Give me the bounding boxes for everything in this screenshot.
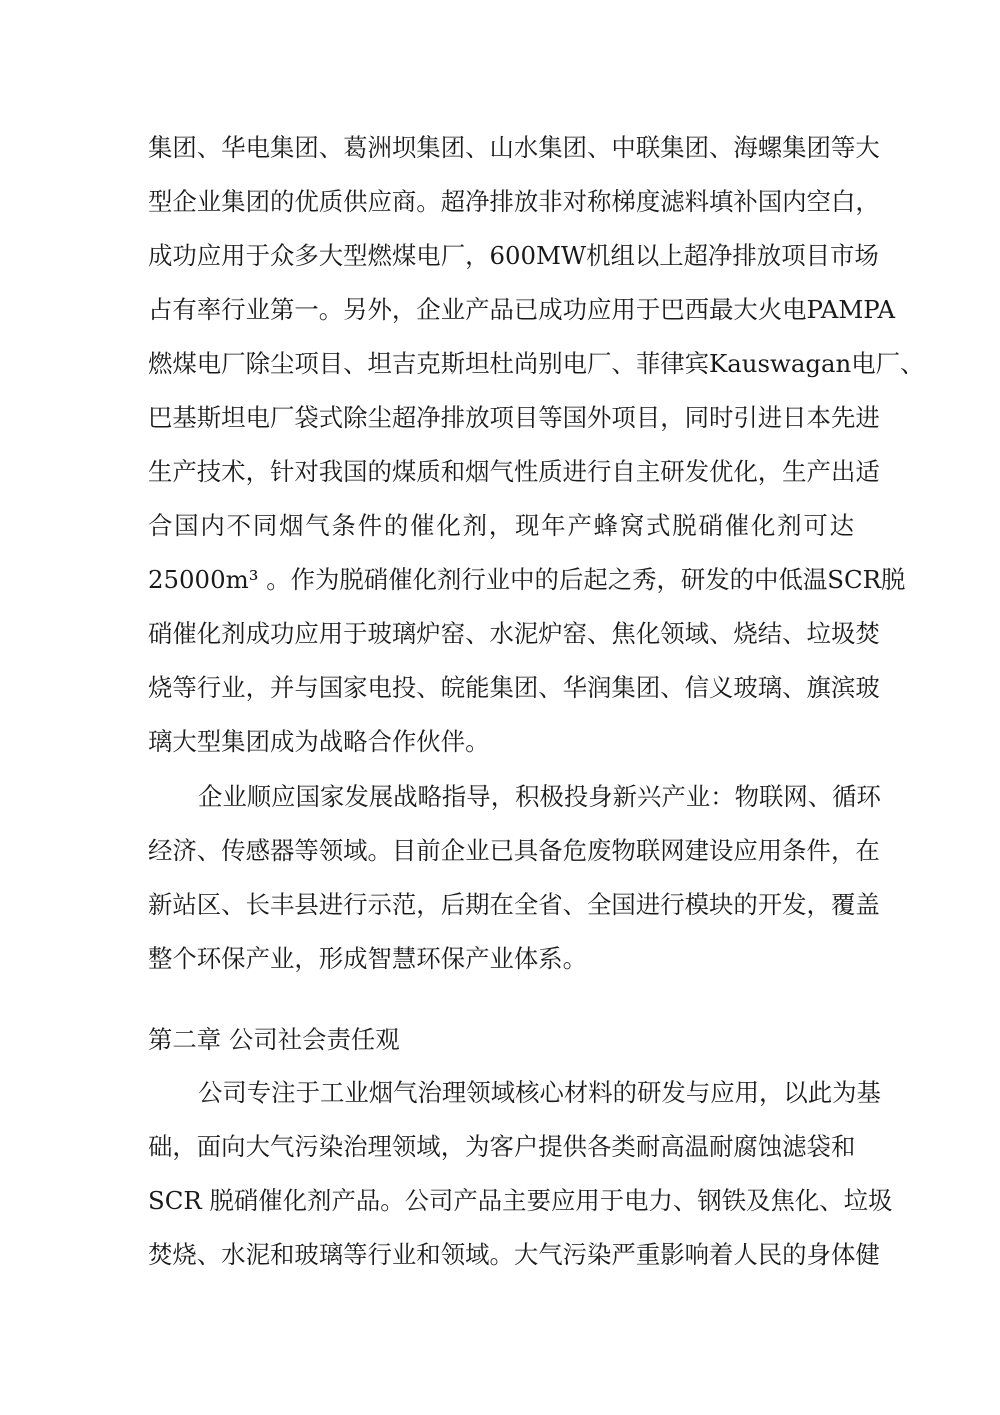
text-line: 烧等行业，并与国家电投、皖能集团、华润集团、信义玻璃、旗滨玻 — [148, 666, 854, 709]
text-line: 成功应用于众多大型燃煤电厂，600MW机组以上超净排放项目市场 — [148, 234, 854, 277]
text-line: 生产技术，针对我国的煤质和烟气性质进行自主研发优化，生产出适 — [148, 450, 854, 493]
text-line: 燃煤电厂除尘项目、坦吉克斯坦杜尚别电厂、菲律宾Kauswagan电厂、 — [148, 342, 854, 385]
text-line: 企业顺应国家发展战略指导，积极投身新兴产业：物联网、循环 — [148, 775, 854, 818]
chapter-heading: 第二章 公司社会责任观 — [148, 1018, 400, 1061]
text-line: 新站区、长丰县进行示范，后期在全省、全国进行模块的开发，覆盖 — [148, 883, 854, 926]
text-line: 占有率行业第一。另外，企业产品已成功应用于巴西最大火电PAMPA — [148, 288, 854, 331]
text-line: 合国内不同烟气条件的催化剂，现年产蜂窝式脱硝催化剂可达 — [148, 504, 854, 547]
text-line: 础，面向大气污染治理领域，为客户提供各类耐高温耐腐蚀滤袋和 — [148, 1125, 854, 1168]
text-line: 公司专注于工业烟气治理领域核心材料的研发与应用，以此为基 — [148, 1071, 854, 1114]
text-line: 整个环保产业，形成智慧环保产业体系。 — [148, 937, 854, 980]
text-line: SCR 脱硝催化剂产品。公司产品主要应用于电力、钢铁及焦化、垃圾 — [148, 1179, 854, 1222]
text-line: 25000m³ 。作为脱硝催化剂行业中的后起之秀，研发的中低温SCR脱 — [148, 558, 854, 601]
text-line: 硝催化剂成功应用于玻璃炉窑、水泥炉窑、焦化领域、烧结、垃圾焚 — [148, 612, 854, 655]
text-line: 璃大型集团成为战略合作伙伴。 — [148, 720, 854, 763]
text-line: 焚烧、水泥和玻璃等行业和领域。大气污染严重影响着人民的身体健 — [148, 1233, 854, 1276]
text-line: 经济、传感器等领域。目前企业已具备危废物联网建设应用条件，在 — [148, 829, 854, 872]
document-page: 集团、华电集团、葛洲坝集团、山水集团、中联集团、海螺集团等大 型企业集团的优质供… — [0, 0, 1000, 1415]
text-line: 型企业集团的优质供应商。超净排放非对称梯度滤料填补国内空白， — [148, 180, 854, 223]
text-line: 集团、华电集团、葛洲坝集团、山水集团、中联集团、海螺集团等大 — [148, 126, 854, 169]
text-line: 巴基斯坦电厂袋式除尘超净排放项目等国外项目，同时引进日本先进 — [148, 396, 854, 439]
